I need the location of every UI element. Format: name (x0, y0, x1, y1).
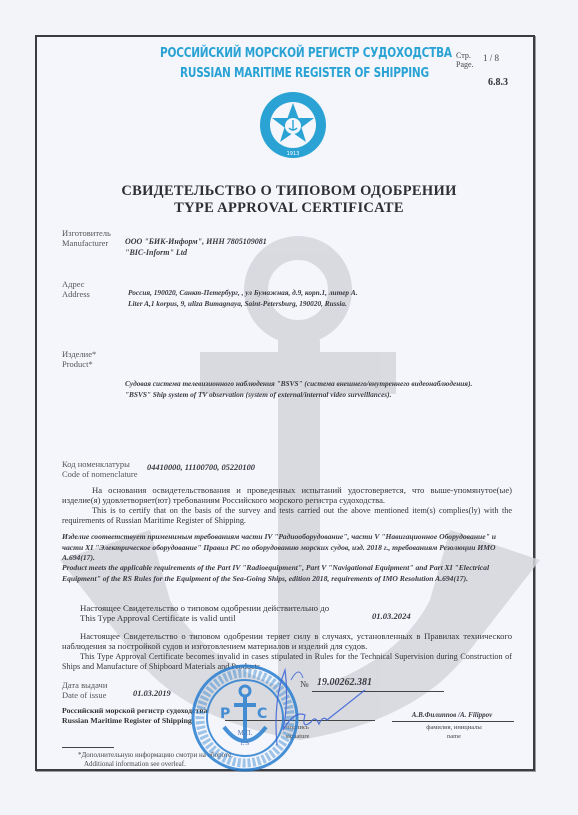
product-value-en: "BSVS" Ship system of TV observation (sy… (125, 389, 472, 400)
stamp-seal-ru: М.П. (238, 729, 253, 737)
signatory-org-en: Russian Maritime Register of Shipping (62, 716, 207, 726)
requirements-text-en: Product meets the applicable requirement… (62, 563, 512, 584)
manufacturer-value-ru: ООО "БИК-Информ", ИНН 7805109081 (125, 236, 267, 247)
signatory-org: Российский морской регистр судоходства R… (62, 706, 207, 726)
product-label-en: Product* (62, 359, 96, 369)
org-name-ru: РОССИЙСКИЙ МОРСКОЙ РЕГИСТР СУДОХОДСТВА (160, 45, 452, 61)
issue-date-label: Дата выдачи Date of issue (62, 680, 107, 700)
nomenclature-label: Код номенклатуры Code of nomenclature (62, 459, 138, 479)
page-label: Стр. Page. (456, 51, 474, 69)
validity-date: 01.03.2024 (372, 611, 411, 622)
issue-date-label-en: Date of issue (62, 690, 107, 700)
product-value-ru: Судовая система телевизионного наблюдени… (125, 378, 472, 389)
validity-label-ru: Настоящее Свидетельство о типовом одобре… (80, 603, 329, 613)
signature-scribble-icon (255, 660, 375, 750)
page-label-ru: Стр. (456, 51, 474, 60)
page-number: 1 / 8 (483, 53, 499, 63)
manufacturer-label: Изготовитель Manufacturer (62, 228, 111, 248)
name-line (392, 721, 514, 722)
validity-label: Настоящее Свидетельство о типовом одобре… (80, 603, 329, 623)
manufacturer-label-ru: Изготовитель (62, 228, 111, 238)
product-value: Судовая система телевизионного наблюдени… (125, 378, 472, 400)
page-label-en: Page. (456, 60, 474, 69)
nomenclature-value: 04410000, 11100700, 05220100 (147, 462, 255, 473)
name-label-ru: фамилия, инициалы (410, 723, 498, 732)
issue-date: 01.03.2019 (133, 688, 171, 699)
validity-label-en: This Type Approval Certificate is valid … (80, 613, 329, 623)
address-value-ru: Россия, 190020, Санкт-Петербург, , ул Бу… (128, 287, 358, 298)
signatory-org-ru: Российский морской регистр судоходства (62, 706, 207, 716)
requirements-text-ru: Изделие соответствует применимым требова… (62, 532, 502, 564)
manufacturer-value: ООО "БИК-Информ", ИНН 7805109081 "BIC-In… (125, 236, 267, 258)
certify-text-ru: На основания освидетельствования и прове… (62, 485, 512, 506)
name-caption: фамилия, инициалы name (410, 723, 498, 741)
title-en: TYPE APPROVAL CERTIFICATE (0, 200, 578, 217)
name-label-en: name (410, 732, 498, 741)
nomenclature-label-ru: Код номенклатуры (62, 459, 138, 469)
svg-text:Р: Р (220, 706, 230, 722)
logo-year: 1913 (287, 151, 300, 157)
product-label-ru: Изделие* (62, 349, 96, 359)
form-code: 6.8.3 (488, 77, 508, 88)
org-name-en: RUSSIAN MARITIME REGISTER OF SHIPPING (180, 65, 429, 81)
address-label-ru: Адрес (62, 279, 90, 289)
rs-logo-icon: 1913 (258, 90, 328, 160)
stamp-seal-en: L.S (241, 741, 250, 747)
manufacturer-label-en: Manufacturer (62, 238, 111, 248)
footnote-rule (62, 747, 114, 748)
invalid-clause-ru: Настоящее Свидетельство о типовом одобре… (62, 631, 512, 652)
address-label-en: Address (62, 289, 90, 299)
issue-date-label-ru: Дата выдачи (62, 680, 107, 690)
title-ru: СВИДЕТЕЛЬСТВО О ТИПОВОМ ОДОБРЕНИИ (0, 183, 578, 200)
address-value-en: Liter A,1 korpus, 9, uliza Bumagnaya, Sa… (128, 298, 358, 309)
manufacturer-value-en: "BIC-Inform" Ltd (125, 247, 267, 258)
nomenclature-label-en: Code of nomenclature (62, 469, 138, 479)
address-label: Адрес Address (62, 279, 90, 299)
signatory-name: А.В.Филиппов /A. Filippov (392, 710, 512, 721)
address-value: Россия, 190020, Санкт-Петербург, , ул Бу… (128, 287, 358, 309)
product-label: Изделие* Product* (62, 349, 96, 369)
certify-text-en: This is to certify that on the basis of … (62, 506, 512, 527)
